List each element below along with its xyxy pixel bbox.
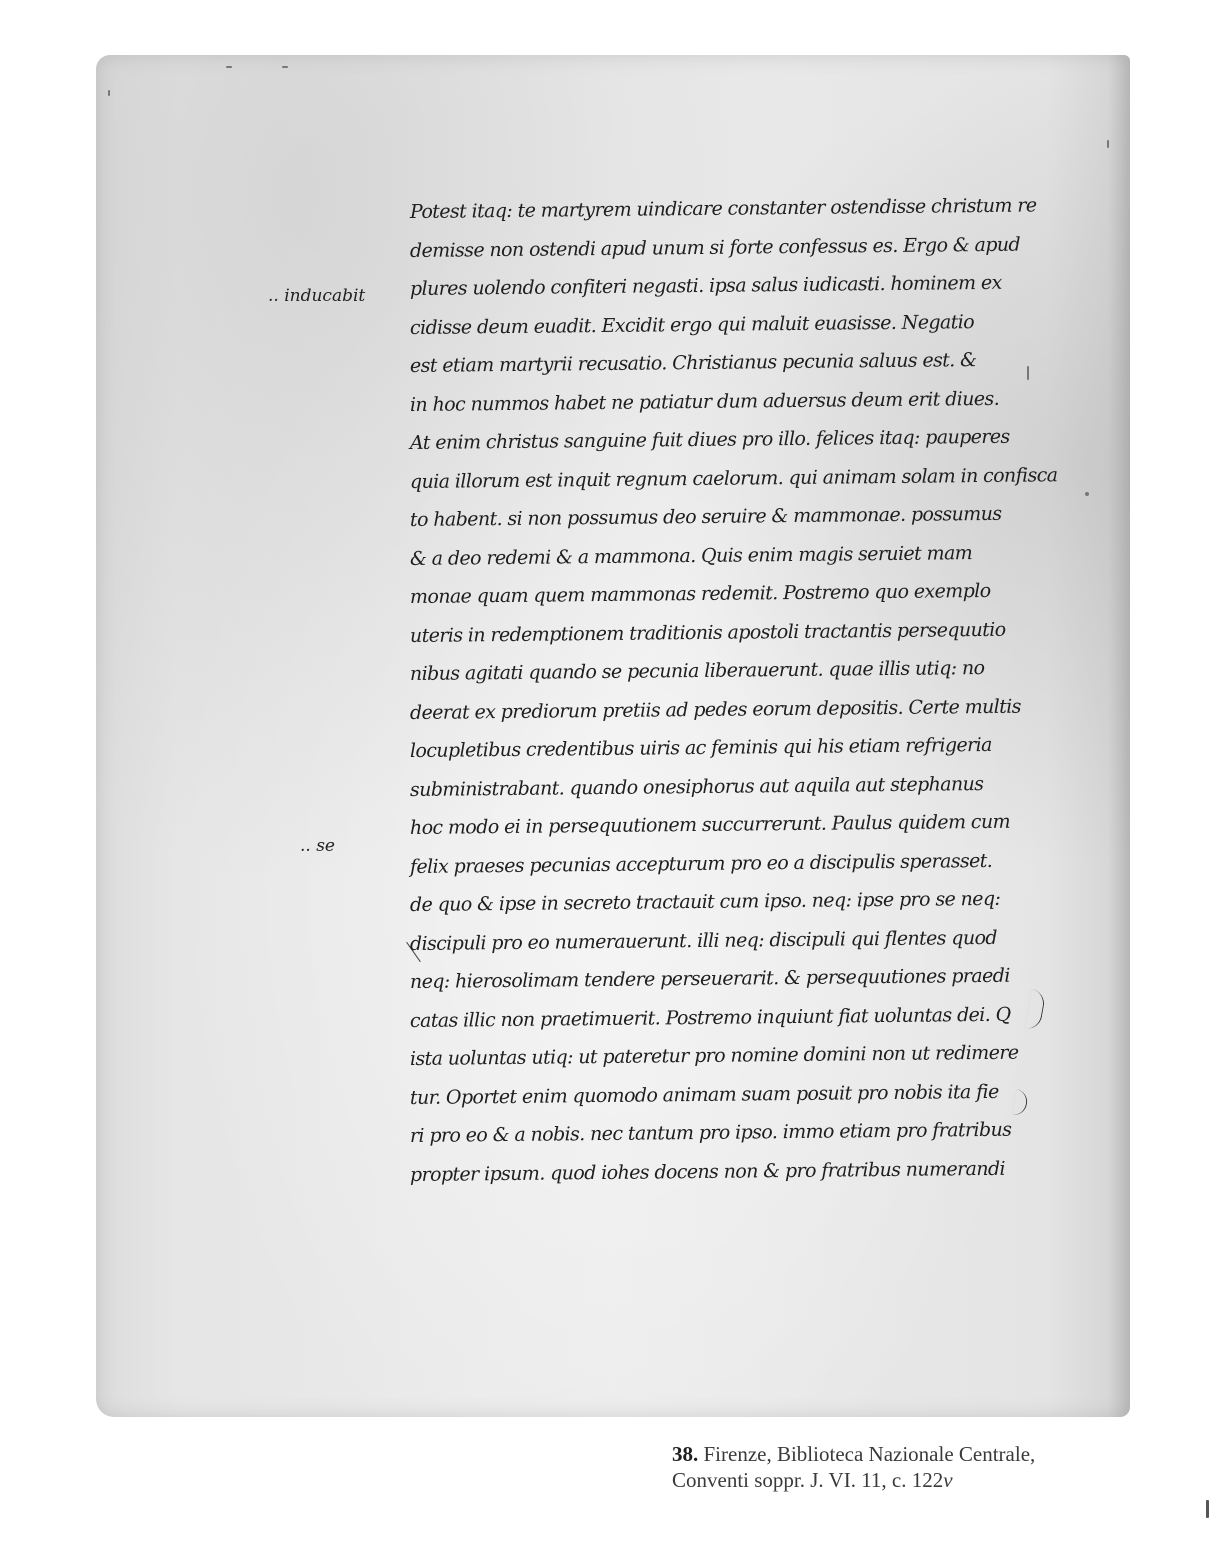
figure-caption: 38. Firenze, Biblioteca Nazionale Centra…	[672, 1441, 1035, 1493]
text-line: catas illic non praetimuerit. Postremo i…	[410, 995, 1030, 1040]
text-line: propter ipsum. quod iohes docens non & p…	[410, 1149, 1030, 1194]
text-line: felix praeses pecunias accepturum pro eo…	[410, 841, 1030, 886]
text-line: de quo & ipse in secreto tractauit cum i…	[410, 880, 1030, 925]
text-line: nibus agitati quando se pecunia liberaue…	[410, 649, 1030, 694]
text-line: monae quam quem mammonas redemit. Postre…	[410, 572, 1030, 617]
text-line: in hoc nummos habet ne patiatur dum adue…	[410, 379, 1030, 424]
ink-speck	[1085, 492, 1089, 496]
text-line: quia illorum est inquit regnum caelorum.…	[410, 456, 1030, 501]
text-line: At enim christus sanguine fuit diues pro…	[410, 418, 1030, 463]
ink-speck	[1206, 1500, 1209, 1518]
ink-speck	[1107, 140, 1109, 148]
caption-shelfmark: Conventi soppr. J. VI. 11, c. 122	[672, 1468, 943, 1492]
text-line: discipuli pro eo numerauerunt. illi neq:…	[410, 918, 1030, 963]
text-line: plures uolendo confiteri negasti. ipsa s…	[410, 264, 1030, 309]
text-line: demisse non ostendi apud unum si forte c…	[410, 225, 1030, 270]
ink-speck	[282, 66, 288, 68]
figure-number: 38.	[672, 1442, 698, 1466]
text-line: neq: hierosolimam tendere perseuerarit. …	[410, 957, 1030, 1002]
caption-line-2: Conventi soppr. J. VI. 11, c. 122v	[672, 1467, 1035, 1493]
text-line: to habent. si non possumus deo seruire &…	[410, 495, 1030, 540]
caption-location: Firenze, Biblioteca Nazionale Centrale,	[704, 1442, 1036, 1466]
manuscript-text: Potest itaq: te martyrem uindicare const…	[410, 193, 1030, 1194]
text-line: cidisse deum euadit. Excidit ergo qui ma…	[410, 302, 1030, 347]
ink-speck	[226, 66, 232, 68]
text-line: ista uoluntas utiq: ut pateretur pro nom…	[410, 1034, 1030, 1079]
text-line: locupletibus credentibus uiris ac femini…	[410, 726, 1030, 771]
ink-speck	[108, 90, 110, 96]
text-line: & a deo redemi & a mammona. Quis enim ma…	[410, 533, 1030, 578]
caption-line-1: 38. Firenze, Biblioteca Nazionale Centra…	[672, 1441, 1035, 1467]
text-line: hoc modo ei in persequutionem succurreru…	[410, 803, 1030, 848]
caption-verso: v	[943, 1468, 952, 1492]
text-line: uteris in redemptionem traditionis apost…	[410, 610, 1030, 655]
text-line: est etiam martyrii recusatio. Christianu…	[410, 341, 1030, 386]
margin-note-inducabit: .. inducabit	[268, 286, 365, 306]
text-line: deerat ex prediorum pretiis ad pedes eor…	[410, 687, 1030, 732]
text-line: ri pro eo & a nobis. nec tantum pro ipso…	[410, 1111, 1030, 1156]
text-line: tur. Oportet enim quomodo animam suam po…	[410, 1072, 1030, 1117]
text-line: subministrabant. quando onesiphorus aut …	[410, 764, 1030, 809]
margin-note-se: .. se	[300, 836, 335, 856]
text-line: Potest itaq: te martyrem uindicare const…	[410, 187, 1030, 232]
